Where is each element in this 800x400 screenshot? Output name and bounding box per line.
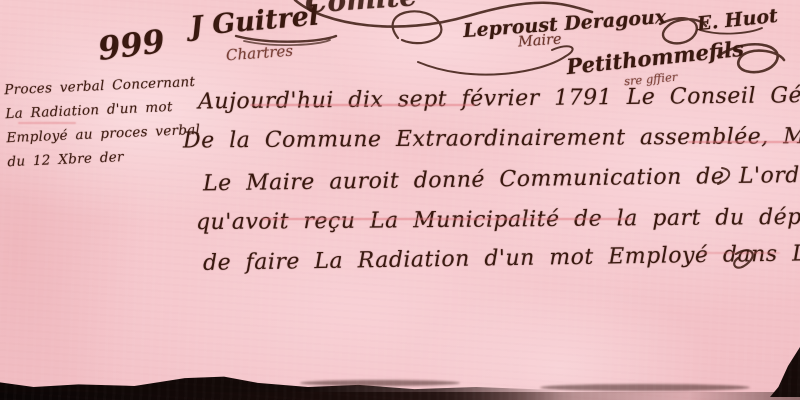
- body-line-2: De la Commune Extraordinairement assembl…: [183, 124, 800, 154]
- red-ink-streak: [262, 218, 632, 220]
- folio-mark: 999: [96, 22, 167, 68]
- margin-note-line: Employé au proces verbal: [6, 122, 200, 146]
- margin-note-line: du 12 Xbre der: [7, 146, 201, 170]
- edge-smudge: [300, 380, 460, 386]
- margin-note-line: Proces verbal Concernant: [4, 74, 198, 98]
- signature-guitrel: J Guitrel: [189, 0, 320, 42]
- margin-note-line: La Radiation d'un mot: [5, 98, 199, 122]
- margin-note: Proces verbal Concernant La Radiation d'…: [4, 74, 202, 178]
- red-ink-streak: [18, 122, 76, 124]
- signature-huot: E. Huot: [696, 5, 779, 35]
- signature-guitrel-place: Chartres: [225, 42, 293, 65]
- red-ink-streak: [688, 141, 800, 143]
- signature-leproust-title: Maire: [517, 31, 562, 50]
- edge-smudge: [540, 384, 750, 391]
- body-line-3: Le Maire auroit donné Communication de L…: [203, 163, 800, 197]
- body-line-5: de faire La Radiation d'un mot Employé d…: [203, 241, 800, 276]
- signature-top-cutoff: Comité: [304, 0, 418, 20]
- red-ink-streak: [700, 252, 780, 254]
- red-ink-streak: [250, 104, 475, 106]
- manuscript-scan: Comité J Guitrel Chartres 999 Leproust D…: [0, 0, 800, 400]
- page-edge-shadow-line: [0, 392, 800, 400]
- corner-shadow: [770, 347, 800, 397]
- body-line-1: Aujourd'hui dix sept février 1791 Le Con…: [198, 83, 800, 115]
- signature-leproust: Leproust Deragoux: [462, 6, 666, 42]
